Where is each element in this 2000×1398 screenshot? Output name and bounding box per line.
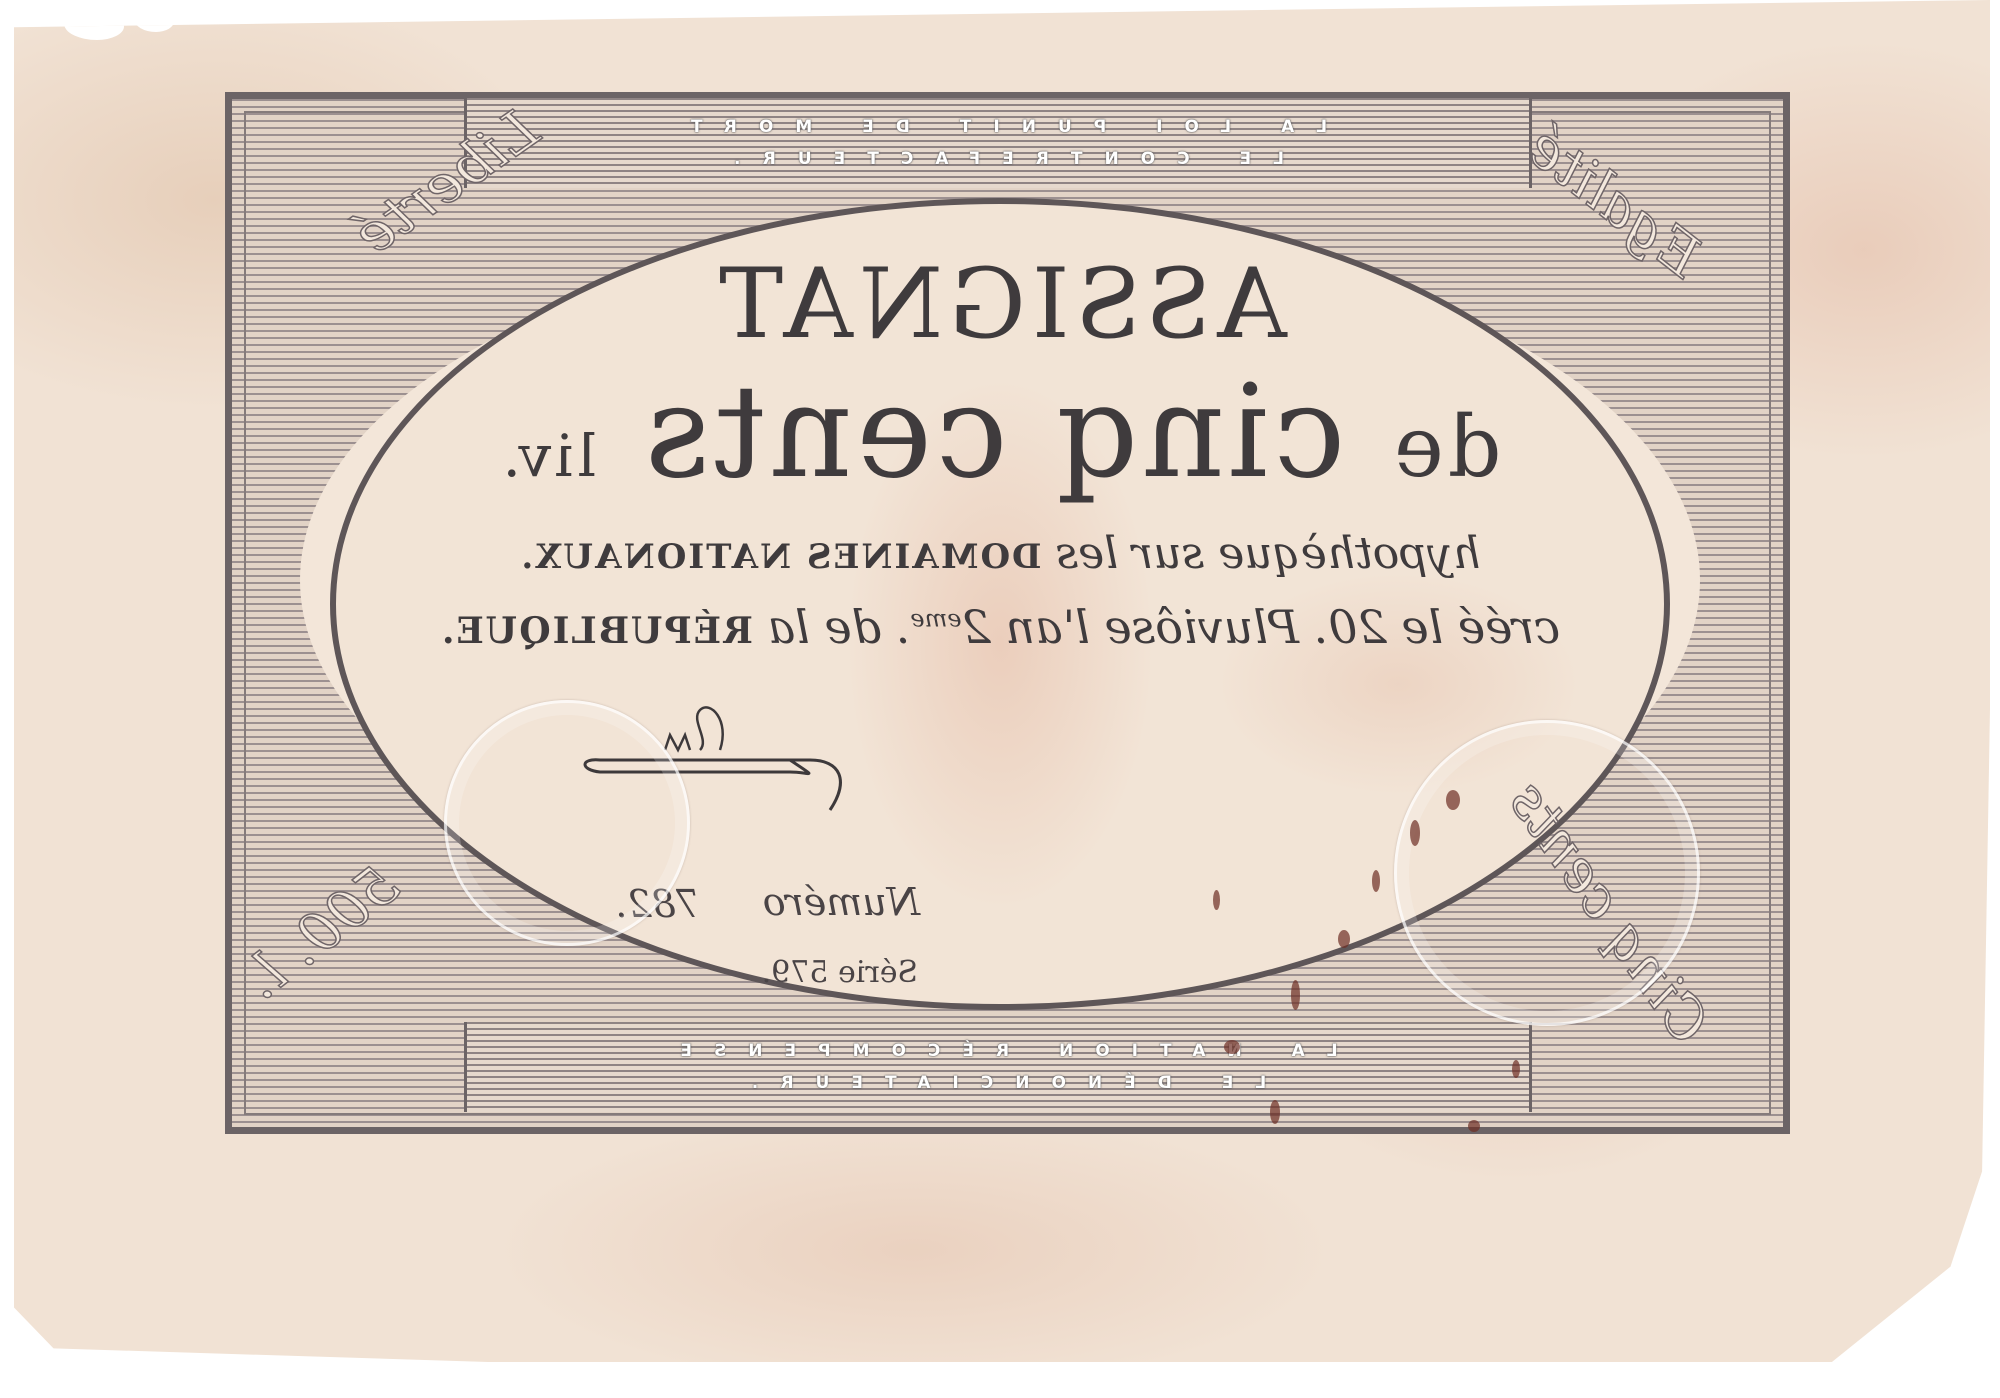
dry-seal-right xyxy=(1394,720,1700,1026)
ink-stain xyxy=(1270,1100,1280,1124)
de-la-text: . de la xyxy=(768,600,911,654)
top-legend-line2: LE CONTREFACTEUR. xyxy=(712,143,1284,175)
ink-stain xyxy=(1468,1120,1480,1132)
hypotheque-text: hypothèque sur les xyxy=(1056,528,1481,579)
serie-line: Série 579. xyxy=(762,955,918,990)
eme-superscript: eme xyxy=(910,605,961,633)
ink-stain xyxy=(1410,820,1420,846)
denomination-unit: liv. xyxy=(499,422,596,490)
ink-stain xyxy=(1224,1040,1240,1054)
ink-stain xyxy=(1213,890,1220,910)
numero-label: Numéro xyxy=(763,880,920,924)
denomination-value: cinq cents xyxy=(641,358,1346,507)
republique-text: RÉPUBLIQUE. xyxy=(440,610,753,652)
denomination-line: de cinq cents liv. xyxy=(0,358,2000,507)
top-legend-line1: LA LOI PUNIT DE MORT xyxy=(669,111,1327,143)
serie-value: 579. xyxy=(762,955,829,990)
domaines-text: DOMAINES NATIONAUX. xyxy=(519,537,1041,577)
ink-stain xyxy=(1512,1060,1520,1078)
bottom-legend-band: LA NATION RÉCOMPENSE LE DÉNONCIATEUR. xyxy=(464,1022,1532,1112)
creation-text: créé le 20. Pluviôse l'an 2 xyxy=(962,600,1561,654)
mirrored-banknote: LA LOI PUNIT DE MORT LE CONTREFACTEUR. L… xyxy=(0,0,2000,1398)
serie-label: Série xyxy=(838,955,918,990)
bottom-legend-line2: LE DÉNONCIATEUR. xyxy=(730,1067,1267,1099)
ink-stain xyxy=(1291,980,1300,1010)
top-legend-band: LA LOI PUNIT DE MORT LE CONTREFACTEUR. xyxy=(464,98,1532,188)
ink-stain xyxy=(1446,790,1460,810)
ink-stain xyxy=(1338,930,1350,948)
title-assignat: ASSIGNAT xyxy=(0,248,2000,360)
denomination-de: de xyxy=(1390,398,1501,496)
dry-seal-left xyxy=(444,700,690,946)
hypotheque-line: hypothèque sur les DOMAINES NATIONAUX. xyxy=(0,528,2000,579)
ink-stain xyxy=(1372,870,1380,892)
creation-line: créé le 20. Pluviôse l'an 2eme. de la RÉ… xyxy=(0,600,2000,654)
